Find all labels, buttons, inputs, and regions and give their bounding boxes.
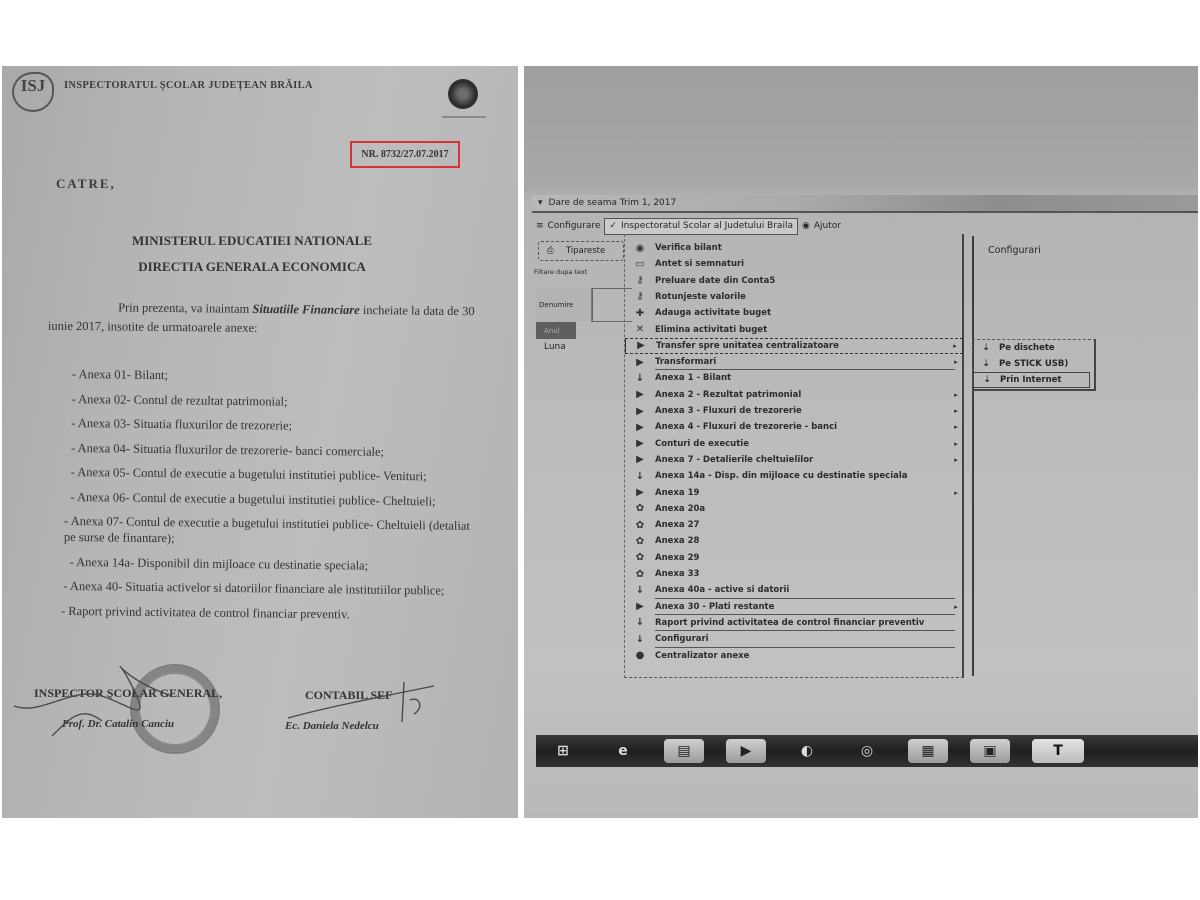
arrow-icon: ▶	[625, 422, 655, 433]
dropdown-menu: ◉Verifica bilant▭Antet si semnaturi⚷Prel…	[624, 234, 964, 678]
app-icon[interactable]: ▦	[908, 739, 948, 763]
menu-item[interactable]: ▶Anexa 19▸	[625, 485, 963, 501]
menu-item[interactable]: ▶Anexa 4 - Fluxuri de trezorerie - banci…	[625, 419, 963, 435]
panel-divider[interactable]	[972, 236, 974, 676]
tree-item-anul[interactable]: Anul	[536, 322, 576, 339]
menu-item[interactable]: ↓Anexa 14a - Disp. din mijloace cu desti…	[625, 468, 963, 484]
annex-item: - Anexa 06- Contul de executie a bugetul…	[70, 488, 480, 509]
menu-label: Ajutor	[814, 221, 841, 231]
menu-item-label: Configurari	[655, 634, 963, 644]
menu-item[interactable]: ↓Anexa 1 - Bilant	[625, 370, 963, 386]
screen-photo: ▾ Dare de seama Trim 1, 2017 ≡ Configura…	[524, 66, 1198, 818]
annex-item: - Anexa 07- Contul de executie a bugetul…	[64, 513, 480, 550]
help-icon: ◉	[802, 221, 810, 231]
menu-item[interactable]: ✿Anexa 29	[625, 550, 963, 566]
menubar: ≡ Configurare ✓ Inspectoratul Scolar al …	[532, 217, 845, 235]
firefox-icon[interactable]: ◐	[788, 739, 826, 763]
letter-photo: ISJ INSPECTORATUL ŞCOLAR JUDEŢEAN BRĂILA…	[2, 66, 518, 818]
menu-item[interactable]: ✚Adauga activitate buget	[625, 305, 963, 321]
window-titlebar: ▾ Dare de seama Trim 1, 2017	[532, 195, 1198, 213]
print-button[interactable]: ⎙ Tipareste	[538, 241, 624, 261]
registration-number: NR. 8732/27.07.2017	[350, 141, 460, 168]
gear-icon: ✿	[625, 536, 655, 547]
doc-icon: ↓	[625, 471, 655, 482]
arrow-icon: ▶	[625, 357, 655, 368]
printer-icon: ⎙	[547, 246, 554, 256]
plus-icon: ✚	[625, 308, 655, 319]
menu-item-label: Preluare date din Conta5	[655, 276, 963, 286]
arrow-icon: ▶	[625, 487, 655, 498]
submenu-arrow-icon: ▸	[949, 391, 963, 399]
key-icon: ⚷	[625, 275, 655, 286]
column-header-denumire[interactable]: Denumire	[536, 288, 592, 322]
menu-label: Inspectoratul Scolar al Judetului Braila	[621, 221, 793, 231]
explorer-icon[interactable]: ▤	[664, 739, 704, 763]
menu-item-label: Anexa 7 - Detalierile cheltuielilor	[655, 455, 949, 465]
arrow-icon: ▶	[625, 454, 655, 465]
menu-item[interactable]: ▶Anexa 2 - Rezultat patrimonial▸	[625, 387, 963, 403]
filter-label: Filtare dupa text	[534, 268, 587, 276]
menu-item-label: Anexa 2 - Rezultat patrimonial	[655, 390, 949, 400]
menu-item-label: Centralizator anexe	[655, 651, 963, 661]
menu-item-label: Anexa 40a - active si datorii	[655, 585, 963, 595]
check-icon: ✓	[609, 221, 617, 231]
tree-item-luna[interactable]: Luna	[544, 342, 566, 352]
institution-header: INSPECTORATUL ŞCOLAR JUDEŢEAN BRĂILA	[64, 80, 313, 91]
signature-right	[284, 678, 444, 738]
doc-icon: ↓	[625, 585, 655, 596]
menu-item-label: Anexa 28	[655, 536, 963, 546]
menu-item-label: Anexa 27	[655, 520, 963, 530]
menu-item[interactable]: ▶Conturi de executie▸	[625, 436, 963, 452]
window-icon[interactable]: ▣	[970, 739, 1010, 763]
gear-icon: ✿	[625, 503, 655, 514]
active-app-icon[interactable]: T	[1032, 739, 1084, 763]
menu-item[interactable]: ▶Transformari▸	[625, 354, 963, 370]
annex-item: - Anexa 14a- Disponibil din mijloace cu …	[70, 553, 480, 574]
submenu-arrow-icon: ▸	[949, 440, 963, 448]
menu-item[interactable]: ▭Antet si semnaturi	[625, 256, 963, 272]
recipient-directorate: DIRECTIA GENERALA ECONOMICA	[2, 259, 502, 275]
menu-item[interactable]: ▶Anexa 7 - Detalierile cheltuielilor▸	[625, 452, 963, 468]
arrow-icon: ▶	[625, 601, 655, 612]
menu-item[interactable]: ⚷Rotunjeste valorile	[625, 289, 963, 305]
menu-item[interactable]: ✿Anexa 28	[625, 533, 963, 549]
menu-item-label: Anexa 29	[655, 553, 963, 563]
print-button-label: Tipareste	[566, 246, 605, 256]
usb-icon: ⇣	[973, 359, 999, 369]
menu-item-label: Anexa 19	[655, 488, 949, 498]
disk-icon: ⇣	[973, 343, 999, 353]
menu-item-label: Anexa 30 - Plati restante	[655, 602, 949, 612]
submenu-item-label: Pe STICK USB)	[999, 359, 1068, 369]
menu-item[interactable]: ●Centralizator anexe	[625, 648, 963, 664]
right-panel-label: Configurari	[988, 245, 1041, 256]
internet-icon: ⇣	[974, 375, 1000, 385]
isj-logo: ISJ	[12, 72, 54, 112]
annex-item: - Anexa 04- Situatia fluxurilor de trezo…	[71, 439, 481, 460]
doc-icon: ↓	[625, 634, 655, 645]
intro-paragraph: Prin prezenta, va inaintam Situatiile Fi…	[48, 298, 478, 341]
coat-of-arms-icon	[448, 79, 478, 109]
annex-item: - Anexa 40- Situatia activelor si datori…	[63, 578, 479, 599]
menu-item[interactable]: ✿Anexa 20a	[625, 501, 963, 517]
menu-item-label: Antet si semnaturi	[655, 259, 963, 269]
menu-item[interactable]: ▶Anexa 3 - Fluxuri de trezorerie▸	[625, 403, 963, 419]
menu-configurare[interactable]: ≡ Configurare	[532, 221, 604, 231]
submenu-arrow-icon: ▸	[949, 358, 963, 366]
annex-item: - Anexa 02- Contul de rezultat patrimoni…	[72, 390, 482, 411]
ie-icon[interactable]: e	[604, 739, 642, 763]
media-player-icon[interactable]: ▶	[726, 739, 766, 763]
menu-item[interactable]: ▶Transfer spre unitatea centralizatoare▸	[625, 338, 963, 354]
menu-item-label: Transformari	[655, 357, 949, 367]
doc-icon: ↓	[625, 373, 655, 384]
arrow-icon: ▶	[625, 438, 655, 449]
submenu-arrow-icon: ▸	[949, 603, 963, 611]
submenu-item-label: Prin Internet	[1000, 375, 1061, 385]
menu-item[interactable]: ◉Verifica bilant	[625, 240, 963, 256]
arrow-icon: ▶	[626, 340, 656, 351]
menu-item-label: Adauga activitate buget	[655, 308, 963, 318]
menu-item-label: Anexa 20a	[655, 504, 963, 514]
menu-item[interactable]: ✿Anexa 33	[625, 566, 963, 582]
x-icon: ✕	[625, 324, 655, 335]
menu-item-label: Anexa 33	[655, 569, 963, 579]
submenu-item[interactable]: ⇣Prin Internet	[973, 372, 1090, 388]
menu-ajutor[interactable]: ◉ Ajutor	[798, 221, 845, 231]
arrow-icon: ▶	[625, 389, 655, 400]
menu-item[interactable]: ↓Configurari	[625, 631, 963, 647]
menu-inspectorat[interactable]: ✓ Inspectoratul Scolar al Judetului Brai…	[604, 218, 798, 235]
doc-icon: ↓	[625, 617, 655, 628]
submenu-item[interactable]: ⇣Pe STICK USB)	[973, 356, 1094, 372]
annex-list: - Anexa 01- Bilant;- Anexa 02- Contul de…	[69, 366, 482, 632]
submenu-item-label: Pe dischete	[999, 343, 1055, 353]
menu-item-label: Raport privind activitatea de control fi…	[655, 618, 963, 628]
submenu-arrow-icon: ▸	[949, 423, 963, 431]
menu-item-label: Anexa 14a - Disp. din mijloace cu destin…	[655, 471, 963, 481]
gear-icon: ✿	[625, 520, 655, 531]
window-menu-icon[interactable]: ▾	[538, 198, 543, 208]
transfer-submenu: ⇣Pe dischete⇣Pe STICK USB)⇣Prin Internet	[972, 339, 1096, 391]
menu-item-label: Rotunjeste valorile	[655, 292, 963, 302]
chrome-icon[interactable]: ◎	[848, 739, 886, 763]
menu-item[interactable]: ✕Elimina activitati buget	[625, 322, 963, 338]
menu-item-label: Anexa 3 - Fluxuri de trezorerie	[655, 406, 949, 416]
arrow-icon: ▶	[625, 406, 655, 417]
addressee-label: CATRE,	[56, 176, 116, 192]
intro-emphasis: Situatiile Financiare	[252, 302, 359, 317]
submenu-item[interactable]: ⇣Pe dischete	[973, 340, 1094, 356]
crest-caption	[442, 116, 486, 118]
taskbar: ⊞e▤▶◐◎▦▣T	[536, 735, 1198, 767]
intro-text-start: Prin prezenta, va inaintam	[118, 300, 252, 315]
menu-item-label: Anexa 1 - Bilant	[655, 373, 963, 383]
globe-icon: ◉	[625, 243, 655, 254]
gear-icon: ✿	[625, 552, 655, 563]
signature-left	[12, 666, 212, 746]
submenu-arrow-icon: ▸	[948, 342, 962, 350]
annex-item: - Anexa 03- Situatia fluxurilor de trezo…	[71, 415, 481, 436]
key-icon: ⚷	[625, 291, 655, 302]
submenu-arrow-icon: ▸	[949, 489, 963, 497]
menu-item[interactable]: ⚷Preluare date din Conta5	[625, 273, 963, 289]
gear-icon: ✿	[625, 569, 655, 580]
submenu-arrow-icon: ▸	[949, 407, 963, 415]
menu-item[interactable]: ▶Anexa 30 - Plati restante▸	[625, 599, 963, 615]
menu-item-label: Conturi de executie	[655, 439, 949, 449]
folder-icon: ▭	[625, 259, 655, 270]
submenu-arrow-icon: ▸	[949, 456, 963, 464]
window-title: Dare de seama Trim 1, 2017	[549, 198, 677, 208]
recipient-ministry: MINISTERUL EDUCATIEI NATIONALE	[2, 233, 502, 249]
globe-icon: ●	[625, 650, 655, 661]
menu-item[interactable]: ↓Anexa 40a - active si datorii	[625, 582, 963, 598]
annex-item: - Raport privind activitatea de control …	[61, 602, 479, 623]
menu-item-label: Anexa 4 - Fluxuri de trezorerie - banci	[655, 422, 949, 432]
menu-item-label: Elimina activitati buget	[655, 325, 963, 335]
menu-item[interactable]: ↓Raport privind activitatea de control f…	[625, 615, 963, 631]
menu-item-label: Verifica bilant	[655, 243, 963, 253]
menu-item-label: Transfer spre unitatea centralizatoare	[656, 341, 948, 351]
menu-item[interactable]: ✿Anexa 27	[625, 517, 963, 533]
menu-label: Configurare	[548, 221, 601, 231]
annex-item: - Anexa 01- Bilant;	[72, 366, 482, 387]
start-icon[interactable]: ⊞	[544, 739, 582, 763]
config-icon: ≡	[536, 221, 544, 231]
annex-item: - Anexa 05- Contul de executie a bugetul…	[71, 464, 481, 485]
